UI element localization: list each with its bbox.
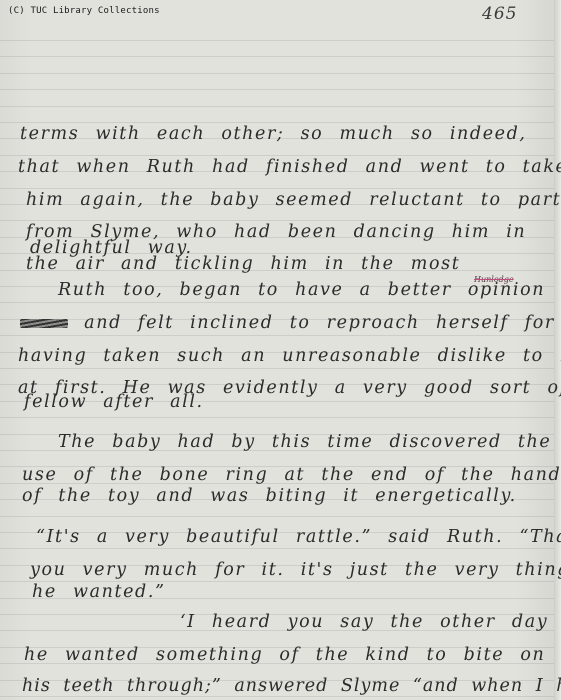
ruled-line: [0, 220, 555, 221]
scribbled-out-word: [20, 319, 68, 328]
manuscript-line: ‘I heard you say the other day that: [180, 612, 561, 632]
copyright-watermark: (C) TUC Library Collections: [8, 6, 160, 16]
manuscript-line: fellow after all.: [24, 392, 204, 412]
ruled-line: [0, 89, 555, 90]
manuscript-line: and felt inclined to reproach herself fo…: [20, 313, 555, 333]
line-text: and felt inclined to reproach herself fo…: [84, 313, 555, 333]
manuscript-line: The baby had by this time discovered the: [58, 432, 551, 452]
manuscript-line: having taken such an unreasonable dislik…: [18, 346, 561, 366]
ruled-line: [0, 155, 555, 156]
line-text: Ruth too, began to have a better opinion…: [58, 280, 561, 300]
manuscript-line: you very much for it. it's just the very…: [30, 560, 561, 580]
ruled-line: [0, 106, 555, 107]
manuscript-line: he wanted.”: [32, 582, 166, 602]
ruled-line: [0, 696, 555, 697]
ruled-line: [0, 335, 555, 336]
ruled-line: [0, 516, 555, 517]
ruled-line: [0, 417, 555, 418]
ruled-line: [0, 302, 555, 303]
ruled-line: [0, 122, 555, 123]
manuscript-line: of the toy and was biting it energetical…: [22, 486, 517, 506]
manuscript-line: use of the bone ring at the end of the h…: [22, 465, 561, 485]
ruled-line: [0, 73, 555, 74]
ruled-line: [0, 548, 555, 549]
ruled-line: [0, 188, 555, 189]
manuscript-line: that when Ruth had finished and went to …: [18, 157, 561, 177]
manuscript-line: him again, the baby seemed reluctant to …: [26, 190, 561, 210]
ruled-line: [0, 368, 555, 369]
manuscript-line: he wanted something of the kind to bite …: [24, 645, 561, 665]
ruled-line: [0, 56, 555, 57]
manuscript-line: his teeth through;” answered Slyme “and …: [22, 676, 561, 696]
manuscript-line: delightful way.: [30, 238, 193, 258]
manuscript-page: (C) TUC Library Collections 465 terms wi…: [0, 0, 561, 700]
manuscript-line: Ruth too, began to have a better opinion…: [58, 280, 561, 300]
manuscript-line: “It's a very beautiful rattle.” said Rut…: [36, 527, 561, 547]
manuscript-line: terms with each other; so much so indeed…: [20, 124, 527, 144]
page-number: 465: [482, 4, 517, 24]
ruled-line: [0, 40, 555, 41]
